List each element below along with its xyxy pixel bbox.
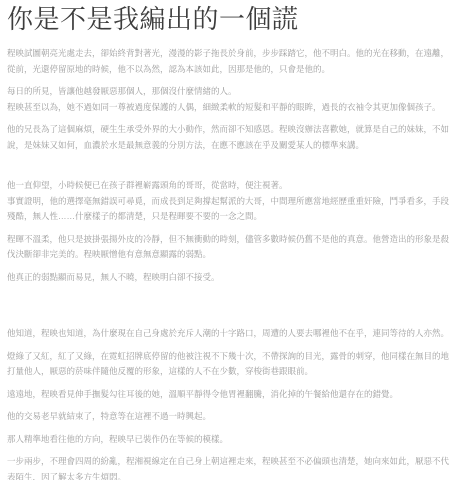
story-paragraph: 遠遠地，程映看見伸手撫髮勾往耳後的她，溫順平靜得令他胃裡翻騰，消化掉的午餐給他還… bbox=[7, 387, 452, 403]
story-paragraph: 那人精準地看往他的方向，程映早已裝作仍在等候的模樣。 bbox=[7, 432, 452, 448]
story-paragraph: 他的兄長為了這個麻煩，硬生生承受外界的大小動作，然而卻不知感恩。程映沒辦法喜歡她… bbox=[7, 122, 452, 153]
story-paragraph: 他一直仰望，小時候便已在孩子群裡嶄露頭角的哥哥，從當時，便注視著。 事實證明，他… bbox=[7, 178, 452, 225]
story-paragraph: 他知道，程映也知道，為什麼現在自己身處於充斥人潮的十字路口，周遭的人要去哪裡他不… bbox=[7, 326, 452, 342]
page-title: 你是不是我編出的一個謊 bbox=[7, 4, 452, 34]
story-paragraph: 每日的所見，皆讓他越發厭惡那個人，那個沒什麼情緒的人。 程映甚至以為，她不過如同… bbox=[7, 84, 452, 115]
story-paragraph: 他真正的弱點顯而易見，無人不曉，程映明白卻不接受。 bbox=[7, 270, 452, 286]
story-paragraph: 他的交易老早就結束了，特意等在這裡不過一時興起。 bbox=[7, 409, 452, 425]
story-paragraph: 一步兩步，不理會四周的紛亂，程湘視線定在自己身上朝這裡走來，程映甚至不必偏頭也清… bbox=[7, 454, 452, 480]
story-paragraph: 燈綠了又紅，紅了又綠，在霓虹招牌底停留的他被注視不下幾十次，不帶探詢的目光，露骨… bbox=[7, 349, 452, 380]
story-body: 程映試圖朝亮光處走去，卻始終背對著光，漫漫的影子拖長於身前，步步踩踏它，他不明白… bbox=[7, 46, 452, 480]
story-paragraph: 程映試圖朝亮光處走去，卻始終背對著光，漫漫的影子拖長於身前，步步踩踏它，他不明白… bbox=[7, 46, 452, 77]
story-paragraph: 程暉不溫柔，他只是披掛張揚外皮的冷靜，但不無衝動的時刻，儘管多數時候仍舊不是他的… bbox=[7, 232, 452, 263]
story-page: 你是不是我編出的一個謊 程映試圖朝亮光處走去，卻始終背對著光，漫漫的影子拖長於身… bbox=[0, 0, 460, 480]
